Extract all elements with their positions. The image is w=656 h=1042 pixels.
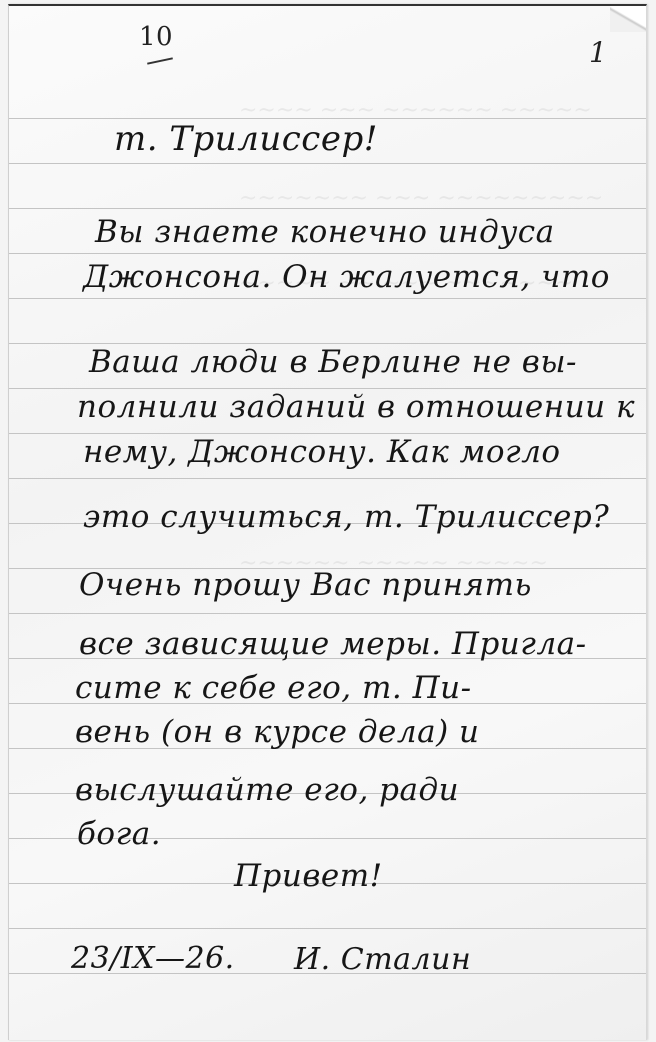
- ruled-line: [9, 298, 646, 299]
- folded-corner: [610, 6, 646, 32]
- closing-greeting: Привет!: [234, 858, 383, 894]
- body-line: Очень прошу Вас принять: [79, 567, 532, 603]
- letter-page: ~~~~ ~~~ ~~~~~~ ~~~~~ ~~~~~~~ ~~~ ~~~~~~…: [8, 4, 647, 1040]
- body-line: Вы знаете конечно индуса: [95, 214, 555, 250]
- ruled-line: [9, 928, 646, 929]
- body-line: Ваша люди в Берлине не вы-: [89, 344, 577, 380]
- page-number: 1: [589, 36, 607, 69]
- bleed-through: ~~~~~~~ ~~~ ~~~~~~~~~: [239, 186, 603, 211]
- body-line: бога.: [77, 816, 161, 852]
- signature: И. Сталин: [294, 942, 471, 977]
- archive-number: 10: [139, 22, 173, 52]
- ruled-line: [9, 478, 646, 479]
- body-line: все зависящие меры. Пригла-: [79, 626, 587, 662]
- ruled-line: [9, 163, 646, 164]
- letter-date: 23/IX—26.: [71, 941, 235, 976]
- body-line: полнили заданий в отношении к: [77, 389, 635, 425]
- body-line: выслушайте его, ради: [75, 772, 459, 808]
- body-line: вень (он в курсе дела) и: [75, 714, 480, 750]
- body-line: сите к себе его, т. Пи-: [75, 670, 472, 706]
- ruled-line: [9, 253, 646, 254]
- body-line: Джонсона. Он жалуется, что: [83, 259, 610, 295]
- archive-number-underline: [147, 57, 173, 64]
- ruled-line: [9, 613, 646, 614]
- body-line: это случиться, т. Трилиссер?: [83, 499, 609, 535]
- salutation: т. Трилиссер!: [114, 119, 378, 159]
- body-line: нему, Джонсону. Как могло: [83, 434, 561, 470]
